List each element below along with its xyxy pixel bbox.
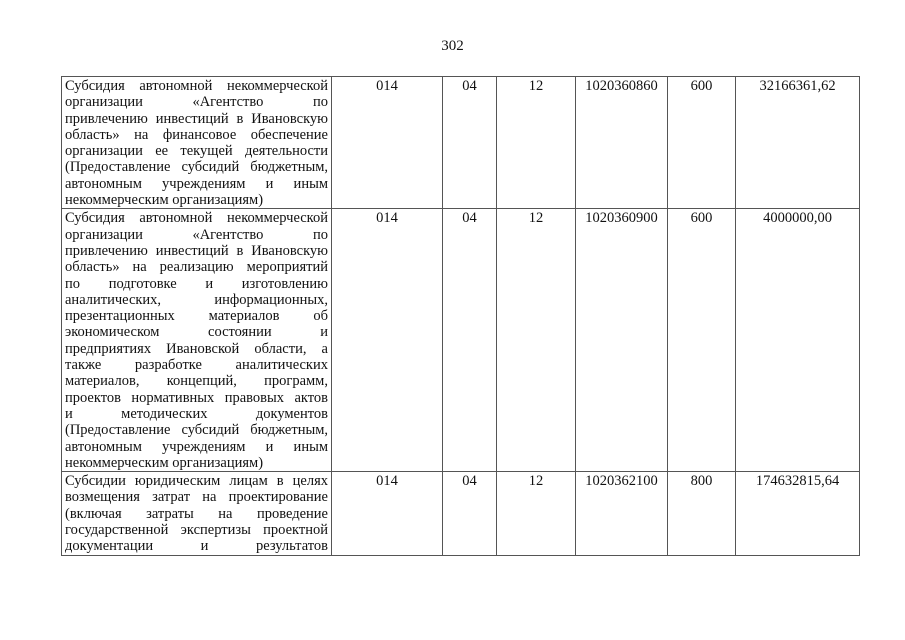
description-line: государственной экспертизы проектной	[65, 522, 328, 538]
page-number: 302	[0, 38, 905, 55]
subsection-code-cell: 12	[497, 209, 576, 472]
section-code-cell: 04	[443, 472, 497, 555]
description-cell: Субсидия автономной некоммерческойоргани…	[62, 209, 332, 472]
description-line: предприятиях Ивановской области, а	[65, 341, 328, 357]
table-row: Субсидия автономной некоммерческойоргани…	[62, 77, 860, 209]
description-line: Субсидии юридическим лицам в целях	[65, 473, 328, 489]
description-line: (Предоставление субсидий бюджетным,	[65, 159, 328, 175]
description-line: некоммерческим организациям)	[65, 455, 328, 471]
ministry-code-cell: 014	[332, 472, 443, 555]
description-line: проектов нормативных правовых актов	[65, 390, 328, 406]
target-item-code-cell: 1020362100	[576, 472, 668, 555]
amount-cell: 4000000,00	[736, 209, 860, 472]
expense-type-code-cell: 600	[668, 77, 736, 209]
description-line: (Предоставление субсидий бюджетным,	[65, 422, 328, 438]
description-line: автономным учреждениям и иным	[65, 439, 328, 455]
description-line: документации и результатов	[65, 538, 328, 554]
description-line: область» на финансовое обеспечение	[65, 127, 328, 143]
amount-cell: 174632815,64	[736, 472, 860, 555]
target-item-code-cell: 1020360900	[576, 209, 668, 472]
description-line: Субсидия автономной некоммерческой	[65, 78, 328, 94]
description-line: (включая затраты на проведение	[65, 506, 328, 522]
description-line: организации «Агентство по	[65, 94, 328, 110]
section-code-cell: 04	[443, 77, 497, 209]
ministry-code-cell: 014	[332, 209, 443, 472]
section-code-cell: 04	[443, 209, 497, 472]
description-line: Субсидия автономной некоммерческой	[65, 210, 328, 226]
description-line: возмещения затрат на проектирование	[65, 489, 328, 505]
subsection-code-cell: 12	[497, 472, 576, 555]
ministry-code-cell: 014	[332, 77, 443, 209]
description-cell: Субсидии юридическим лицам в целяхвозмещ…	[62, 472, 332, 555]
table-row: Субсидия автономной некоммерческойоргани…	[62, 209, 860, 472]
description-line: также разработке аналитических	[65, 357, 328, 373]
budget-table: Субсидия автономной некоммерческойоргани…	[61, 76, 860, 556]
description-line: и методических документов	[65, 406, 328, 422]
description-cell: Субсидия автономной некоммерческойоргани…	[62, 77, 332, 209]
target-item-code-cell: 1020360860	[576, 77, 668, 209]
description-line: аналитических, информационных,	[65, 292, 328, 308]
description-line: автономным учреждениям и иным	[65, 176, 328, 192]
description-line: организации «Агентство по	[65, 227, 328, 243]
description-line: по подготовке и изготовлению	[65, 276, 328, 292]
description-line: материалов, концепций, программ,	[65, 373, 328, 389]
description-line: привлечению инвестиций в Ивановскую	[65, 243, 328, 259]
description-line: презентационных материалов об	[65, 308, 328, 324]
description-line: некоммерческим организациям)	[65, 192, 328, 208]
subsection-code-cell: 12	[497, 77, 576, 209]
description-line: экономическом состоянии и	[65, 324, 328, 340]
description-line: область» на реализацию мероприятий	[65, 259, 328, 275]
table-row: Субсидии юридическим лицам в целяхвозмещ…	[62, 472, 860, 555]
description-line: организации ее текущей деятельности	[65, 143, 328, 159]
expense-type-code-cell: 600	[668, 209, 736, 472]
description-line: привлечению инвестиций в Ивановскую	[65, 111, 328, 127]
amount-cell: 32166361,62	[736, 77, 860, 209]
budget-table-body: Субсидия автономной некоммерческойоргани…	[62, 77, 860, 556]
expense-type-code-cell: 800	[668, 472, 736, 555]
